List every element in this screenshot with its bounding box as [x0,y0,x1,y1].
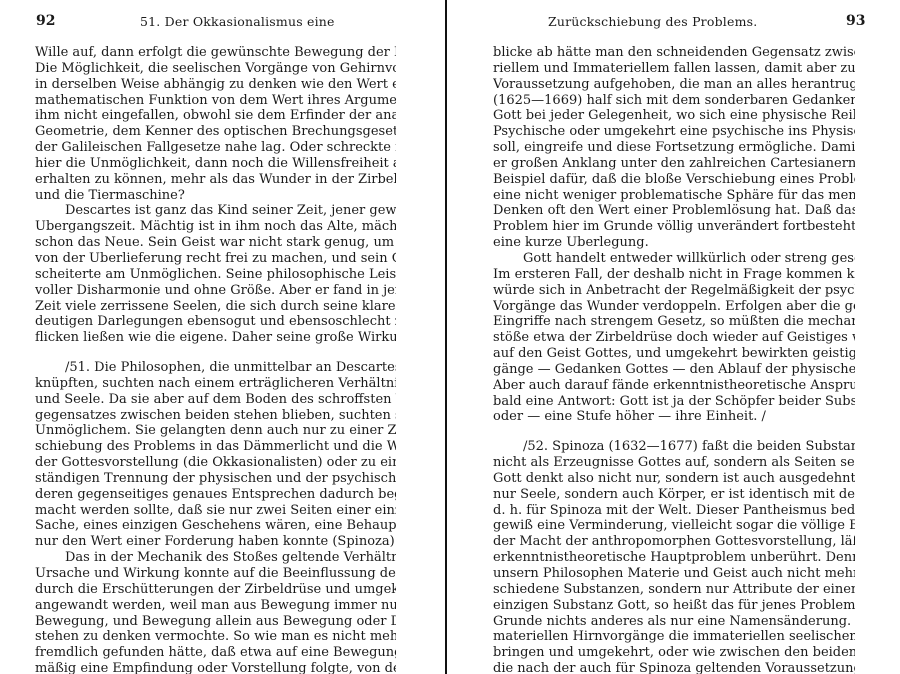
text-line: würde sich in Anbetracht der Regelmäßigk… [493,283,855,299]
text-line: voller Disharmonie und ohne Größe. Aber … [35,283,396,299]
text-line: Vorgänge das Wunder verdoppeln. Erfolgen… [493,299,855,315]
text-line: scheiterte am Unmöglichen. Seine philoso… [35,267,396,283]
text-line: bringen und umgekehrt, oder wie zwischen… [493,645,855,661]
text-line: knüpften, suchten nach einem erträgliche… [35,376,396,392]
text-line: gegensatzes zwischen beiden stehen blieb… [35,408,396,424]
text-line: die nach der auch für Spinoza geltenden … [493,661,855,674]
text-line: stöße etwa der Zirbeldrüse doch wieder a… [493,330,855,346]
text-line: in derselben Weise abhängig zu denken wi… [35,77,396,93]
text-line: Unmöglichem. Sie gelangten denn auch nur… [35,423,396,439]
text-line: er großen Anklang unter den zahlreichen … [493,156,855,172]
text-line: deutigen Darlegungen ebensogut und ebens… [35,314,396,330]
text-line: nur Seele, sondern auch Körper, er ist i… [493,487,855,503]
text-line: Die Möglichkeit, die seelischen Vorgänge… [35,61,396,77]
text-line: d. h. für Spinoza mit der Welt. Dieser P… [493,503,855,519]
text-line: einzigen Substanz Gott, so heißt das für… [493,598,855,614]
text-line: /52. Spinoza (1632—1677) faßt die beiden… [493,439,855,455]
page-body: Wille auf, dann erfolgt die gewünschte B… [35,45,396,674]
text-line: der Galileischen Fallgesetze nahe lag. O… [35,140,396,156]
text-line: (1625—1669) half sich mit dem sonderbare… [493,93,855,109]
right-page: Zurückschiebung des Problems. 93 blicke … [448,0,900,674]
running-head: 51. Der Okkasionalismus eine [140,14,335,29]
page-number: 93 [846,13,865,29]
text-line: ihm nicht eingefallen, obwohl sie dem Er… [35,108,396,124]
paragraph-gap [493,425,855,439]
text-line: fremdlich gefunden hätte, daß etwa auf e… [35,645,396,661]
text-line: Gott handelt entweder willkürlich oder s… [493,251,855,267]
text-line: erkenntnistheoretische Hauptproblem unbe… [493,550,855,566]
text-line: und Seele. Da sie aber auf dem Boden des… [35,392,396,408]
text-line: erhalten zu können, mehr als das Wunder … [35,172,396,188]
text-line: ständigen Trennung der physischen und de… [35,471,396,487]
text-line: von der Überlieferung recht frei zu mach… [35,251,396,267]
text-line: materiellen Hirnvorgänge die immateriell… [493,629,855,645]
text-line: Gott denkt also nicht nur, sondern ist a… [493,471,855,487]
text-line: Descartes ist ganz das Kind seiner Zeit,… [35,203,396,219]
text-line: Übergangszeit. Mächtig ist in ihm noch d… [35,219,396,235]
text-line: riellem und Immateriellem fallen lassen,… [493,61,855,77]
text-line: nur den Wert einer Forderung haben konnt… [35,534,396,550]
paragraph-gap [35,346,396,360]
text-line: Denken oft den Wert einer Problemlösung … [493,203,855,219]
text-line: schiedene Substanzen, sondern nur Attrib… [493,582,855,598]
text-line: der Macht der anthropomorphen Gottesvors… [493,534,855,550]
text-line: gänge — Gedanken Gottes — den Ablauf der… [493,362,855,378]
text-line: Geometrie, dem Kenner des optischen Brec… [35,124,396,140]
text-line: eine nicht weniger problematische Sphäre… [493,188,855,204]
text-line: Im ersteren Fall, der deshalb nicht in F… [493,267,855,283]
text-line: Zeit viele zerrissene Seelen, die sich d… [35,299,396,315]
text-line: Eingriffe nach strengem Gesetz, so müßte… [493,314,855,330]
text-line: eine kurze Überlegung. [493,235,855,251]
book-gutter [445,0,447,674]
text-line: Aber auch darauf fände erkenntnistheoret… [493,378,855,394]
text-line: oder — eine Stufe höher — ihre Einheit. … [493,409,855,425]
left-page: 92 51. Der Okkasionalismus eine Wille au… [0,0,445,674]
text-line: flicken ließen wie die eigene. Daher sei… [35,330,396,346]
text-line: /51. Die Philosophen, die unmittelbar an… [35,360,396,376]
text-line: Wille auf, dann erfolgt die gewünschte B… [35,45,396,61]
text-line: schiebung des Problems in das Dämmerlich… [35,439,396,455]
text-line: gewiß eine Verminderung, vielleicht soga… [493,518,855,534]
text-line: hier die Unmöglichkeit, dann noch die Wi… [35,156,396,172]
text-line: unsern Philosophen Materie und Geist auc… [493,566,855,582]
text-line: blicke ab hätte man den schneidenden Geg… [493,45,855,61]
text-line: Grunde nichts anderes als nur eine Namen… [493,614,855,630]
text-line: stehen zu denken vermochte. So wie man e… [35,629,396,645]
text-line: und die Tiermaschine? [35,188,396,204]
text-line: Beispiel dafür, daß die bloße Verschiebu… [493,172,855,188]
text-line: deren gegenseitiges genaues Entsprechen … [35,487,396,503]
running-head: Zurückschiebung des Problems. [548,14,757,29]
text-line: durch die Erschütterungen der Zirbeldrüs… [35,582,396,598]
text-line: soll, eingreife und diese Fortsetzung er… [493,140,855,156]
text-line: Psychische oder umgekehrt eine psychisch… [493,124,855,140]
text-line: nicht als Erzeugnisse Gottes auf, sonder… [493,455,855,471]
text-line: Problem hier im Grunde völlig unveränder… [493,219,855,235]
text-line: auf den Geist Gottes, und umgekehrt bewi… [493,346,855,362]
text-line: Das in der Mechanik des Stoßes geltende … [35,550,396,566]
text-line: mäßig eine Empfindung oder Vorstellung f… [35,661,396,674]
text-line: mathematischen Funktion von dem Wert ihr… [35,93,396,109]
text-line: macht werden sollte, daß sie nur zwei Se… [35,503,396,519]
page-body: blicke ab hätte man den schneidenden Geg… [493,45,855,674]
text-line: der Gottesvorstellung (die Okkasionalist… [35,455,396,471]
text-line: schon das Neue. Sein Geist war nicht sta… [35,235,396,251]
text-line: angewandt werden, weil man aus Bewegung … [35,598,396,614]
text-line: Bewegung, und Bewegung allein aus Bewegu… [35,614,396,630]
text-line: Gott bei jeder Gelegenheit, wo sich eine… [493,108,855,124]
text-line: Ursache und Wirkung konnte auf die Beein… [35,566,396,582]
text-line: Sache, eines einzigen Geschehens wären, … [35,518,396,534]
text-line: bald eine Antwort: Gott ist ja der Schöp… [493,394,855,410]
page-number: 92 [36,13,55,29]
text-line: Voraussetzung aufgehoben, die man an all… [493,77,855,93]
